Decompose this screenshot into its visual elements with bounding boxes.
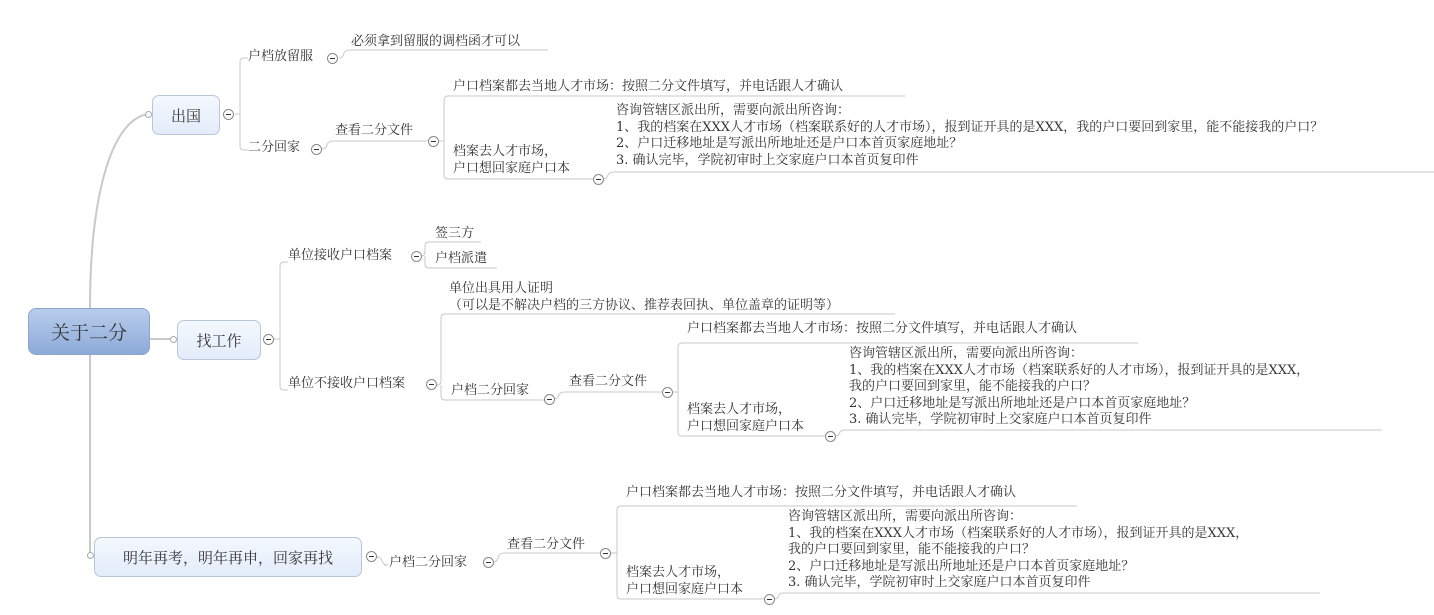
- branch-retry[interactable]: 明年再考，明年再申，回家再找: [94, 537, 362, 577]
- node-split-home[interactable]: 户档二分回家: [451, 383, 529, 399]
- node-split-label[interactable]: 档案去人才市场， 户口想回家庭户口本: [453, 144, 570, 177]
- collapse-icon[interactable]: [366, 551, 377, 562]
- node-accept-dispatch[interactable]: 户档派遣: [435, 251, 487, 267]
- node-split-home[interactable]: 户档二分回家: [389, 555, 467, 571]
- collapse-icon[interactable]: [593, 174, 604, 185]
- attach-point-icon: [170, 336, 177, 343]
- collapse-icon[interactable]: [825, 431, 836, 442]
- node-view-doc[interactable]: 查看二分文件: [335, 123, 413, 139]
- collapse-icon[interactable]: [411, 251, 422, 262]
- collapse-icon[interactable]: [263, 334, 274, 345]
- node-view-doc[interactable]: 查看二分文件: [569, 374, 647, 390]
- attach-point-icon: [87, 552, 94, 559]
- node-accept-sign[interactable]: 签三方: [435, 226, 474, 242]
- collapse-icon[interactable]: [428, 136, 439, 147]
- collapse-icon[interactable]: [223, 109, 234, 120]
- root-label: 关于二分: [51, 318, 127, 345]
- collapse-icon[interactable]: [327, 53, 338, 64]
- node-accept[interactable]: 单位接收户口档案: [288, 248, 392, 264]
- node-both-market[interactable]: 户口档案都去当地人才市场：按照二分文件填写，并电话跟人才确认: [687, 321, 1077, 337]
- collapse-icon[interactable]: [600, 548, 611, 559]
- node-split-detail[interactable]: 咨询管辖区派出所，需要向派出所咨询： 1、我的档案在XXX人才市场（档案联系好的…: [788, 509, 1248, 592]
- node-both-market[interactable]: 户口档案都去当地人才市场：按照二分文件填写，并电话跟人才确认: [626, 485, 1016, 501]
- node-split-detail[interactable]: 咨询管辖区派出所，需要向派出所咨询： 1、我的档案在XXX人才市场（档案联系好的…: [616, 103, 1323, 169]
- node-not-accept[interactable]: 单位不接收户口档案: [288, 376, 405, 392]
- attach-point-icon: [145, 111, 152, 118]
- node-split-label[interactable]: 档案去人才市场， 户口想回家庭户口本: [626, 565, 743, 598]
- collapse-icon[interactable]: [544, 394, 555, 405]
- node-hukou-keep[interactable]: 户档放留服: [248, 49, 313, 65]
- root-node[interactable]: 关于二分: [28, 308, 150, 355]
- branch-job[interactable]: 找工作: [177, 320, 261, 360]
- node-split-detail[interactable]: 咨询管辖区派出所，需要向派出所咨询： 1、我的档案在XXX人才市场（档案联系好的…: [849, 346, 1309, 429]
- branch-abroad[interactable]: 出国: [152, 95, 220, 135]
- node-return-home[interactable]: 二分回家: [248, 140, 300, 156]
- collapse-icon[interactable]: [426, 379, 437, 390]
- node-hukou-keep-child[interactable]: 必须拿到留服的调档函才可以: [351, 34, 520, 50]
- collapse-icon[interactable]: [662, 387, 673, 398]
- collapse-icon[interactable]: [483, 557, 494, 568]
- node-proof[interactable]: 单位出具用人证明 （可以是不解决户档的三方协议、推荐表回执、单位盖章的证明等）: [449, 281, 839, 314]
- node-view-doc[interactable]: 查看二分文件: [507, 537, 585, 553]
- collapse-icon[interactable]: [764, 594, 775, 605]
- node-both-market[interactable]: 户口档案都去当地人才市场：按照二分文件填写，并电话跟人才确认: [453, 79, 843, 95]
- node-split-label[interactable]: 档案去人才市场， 户口想回家庭户口本: [687, 402, 804, 435]
- collapse-icon[interactable]: [311, 144, 322, 155]
